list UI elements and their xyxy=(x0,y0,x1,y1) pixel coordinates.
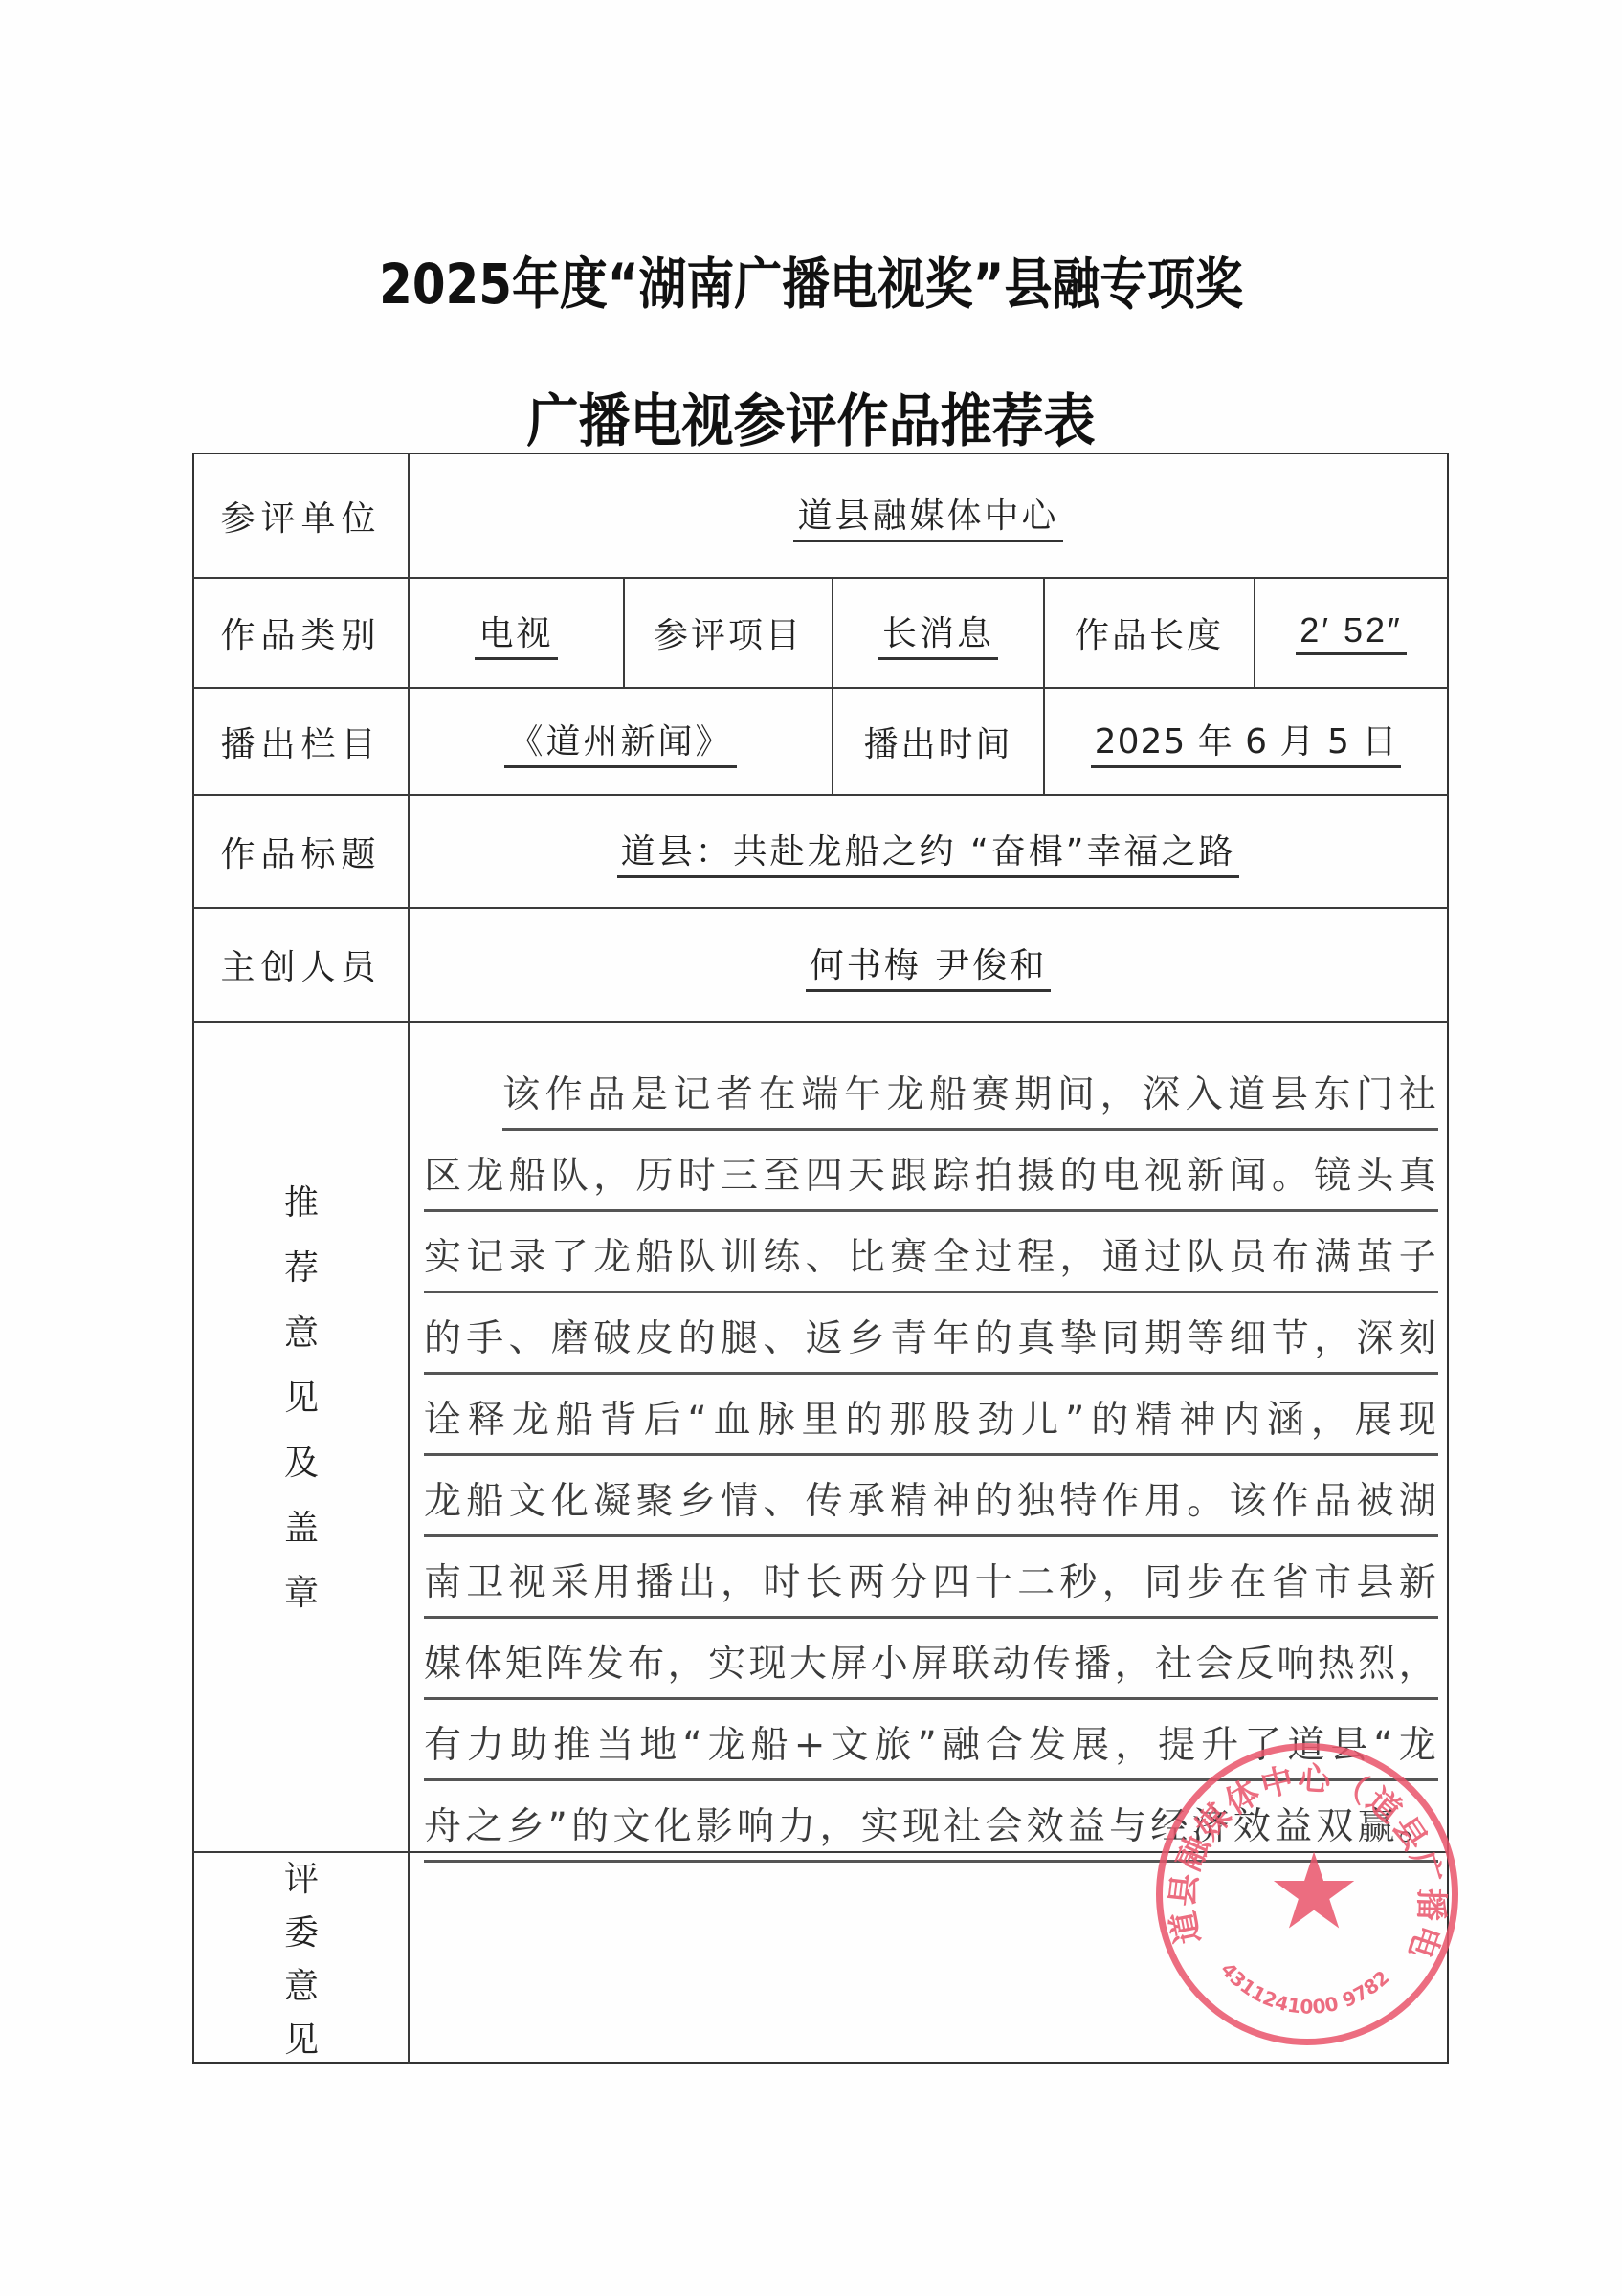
label-char: 见 xyxy=(284,1366,319,1431)
project-label-text: 参评项目 xyxy=(654,608,803,657)
label-char: 意 xyxy=(284,1301,319,1366)
program-label: 播出栏目 xyxy=(194,689,408,794)
creators-label-text: 主创人员 xyxy=(220,940,381,989)
length-label: 作品长度 xyxy=(1045,579,1254,687)
category-value: 电视 xyxy=(475,607,557,660)
document-subtitle: 广播电视参评作品推荐表 xyxy=(81,376,1542,458)
air-date-field: 2025 年 6 月 5 日 xyxy=(1045,689,1447,794)
program-label-text: 播出栏目 xyxy=(220,717,381,766)
work-title-value: 道县：共赴龙船之约 “奋楫”幸福之路 xyxy=(617,825,1240,878)
recommendation-line: 区龙船队，历时三至四天跟踪拍摄的电视新闻。镜头真 xyxy=(424,1152,1438,1212)
category-label-text: 作品类别 xyxy=(220,608,381,657)
label-char: 评 xyxy=(284,1853,319,1907)
unit-label-text: 参评单位 xyxy=(220,492,381,541)
label-char: 推 xyxy=(284,1171,319,1236)
label-char: 见 xyxy=(284,2014,319,2067)
recommendation-line: 南卫视采用播出，时长两分四十二秒，同步在省市县新 xyxy=(424,1558,1438,1619)
jury-field[interactable] xyxy=(410,1853,1447,2062)
unit-field: 道县融媒体中心 xyxy=(410,454,1447,577)
category-label: 作品类别 xyxy=(194,579,408,687)
label-char: 意 xyxy=(284,1960,319,2014)
label-char: 盖 xyxy=(284,1496,319,1561)
jury-label: 评 委 意 见 xyxy=(278,1853,325,2067)
recommendation-line: 实记录了龙船队训练、比赛全过程，通过队员布满茧子 xyxy=(424,1233,1438,1293)
work-title-label-text: 作品标题 xyxy=(220,828,381,876)
label-char: 章 xyxy=(284,1561,319,1626)
label-char: 及 xyxy=(284,1431,319,1496)
project-label: 参评项目 xyxy=(625,579,832,687)
document-page: 2025年度“湖南广播电视奖”县融专项奖 广播电视参评作品推荐表 参评单位 道县… xyxy=(0,0,1622,2296)
recommendation-text: 该作品是记者在端午龙船赛期间，深入道县东门社 区龙船队，历时三至四天跟踪拍摄的电… xyxy=(424,1021,1438,1851)
recommendation-line: 媒体矩阵发布，实现大屏小屏联动传播，社会反响热烈， xyxy=(424,1640,1438,1700)
document-title: 2025年度“湖南广播电视奖”县融专项奖 xyxy=(114,239,1509,320)
length-value: 2′ 52″ xyxy=(1296,610,1407,655)
program-value: 《道州新闻》 xyxy=(504,715,736,768)
recommendation-line: 诠释龙船背后“血脉里的那股劲儿”的精神内涵，展现 xyxy=(424,1396,1438,1456)
category-field: 电视 xyxy=(410,579,623,687)
air-date-label: 播出时间 xyxy=(833,689,1043,794)
air-date-value: 2025 年 6 月 5 日 xyxy=(1091,715,1402,768)
project-value: 长消息 xyxy=(878,607,998,660)
length-label-text: 作品长度 xyxy=(1075,608,1224,657)
recommendation-line: 有力助推当地“龙船+文旅”融合发展，提升了道县“龙 xyxy=(424,1721,1438,1781)
length-field: 2′ 52″ xyxy=(1255,579,1447,687)
recommendation-line: 龙船文化凝聚乡情、传承精神的独特作用。该作品被湖 xyxy=(424,1477,1438,1537)
creators-value: 何书梅 尹俊和 xyxy=(806,938,1051,992)
project-field: 长消息 xyxy=(833,579,1043,687)
recommendation-line: 该作品是记者在端午龙船赛期间，深入道县东门社 xyxy=(502,1071,1438,1131)
unit-value: 道县融媒体中心 xyxy=(793,489,1062,542)
label-char: 荐 xyxy=(284,1236,319,1301)
label-char: 委 xyxy=(284,1907,319,1960)
recommendation-line: 的手、磨破皮的腿、返乡青年的真挚同期等细节，深刻 xyxy=(424,1314,1438,1375)
air-date-label-text: 播出时间 xyxy=(863,717,1012,766)
work-title-label: 作品标题 xyxy=(194,796,408,907)
work-title-field: 道县：共赴龙船之约 “奋楫”幸福之路 xyxy=(410,796,1447,907)
creators-label: 主创人员 xyxy=(194,909,408,1021)
program-field: 《道州新闻》 xyxy=(410,689,832,794)
recommendation-label: 推 荐 意 见 及 盖 章 xyxy=(278,1171,325,1626)
creators-field: 何书梅 尹俊和 xyxy=(410,909,1447,1021)
unit-label: 参评单位 xyxy=(194,454,408,577)
